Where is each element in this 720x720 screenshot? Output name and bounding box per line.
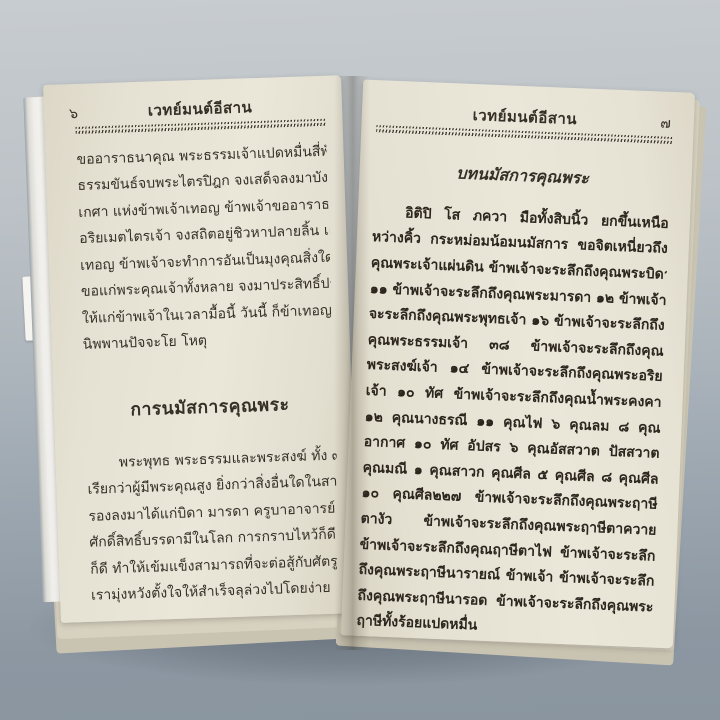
right-section-heading: บทนมัสการคุณพระ xyxy=(374,158,671,195)
left-section-heading: การนมัสการคุณพระ xyxy=(85,388,336,424)
right-page-number: ๗ xyxy=(660,113,671,135)
left-body-paragraph: พระพุทธ พระธรรมและพระสงฆ์ ทั้ง ๓ นี้เรีย… xyxy=(86,442,341,609)
left-running-head: ๖ เวทย์มนต์อีสาน xyxy=(75,93,326,123)
book-photo: ๖ เวทย์มนต์อีสาน ขออาราธนาคุณ พระธรรมเจ้… xyxy=(0,0,720,720)
right-body-paragraph: อิติปิ โส ภควา มือทั้งสิบนิ้ว ยกขึ้นเหนื… xyxy=(356,200,669,647)
right-page: เวทย์มนต์อีสาน ๗ บทนมัสการคุณพระ อิติปิ … xyxy=(341,80,695,649)
left-page: ๖ เวทย์มนต์อีสาน ขออาราธนาคุณ พระธรรมเจ้… xyxy=(43,75,359,623)
invocation-paragraph: ขออาราธนาคุณ พระธรรมเจ้าแปดหมื่นสี่พันพร… xyxy=(76,139,333,359)
